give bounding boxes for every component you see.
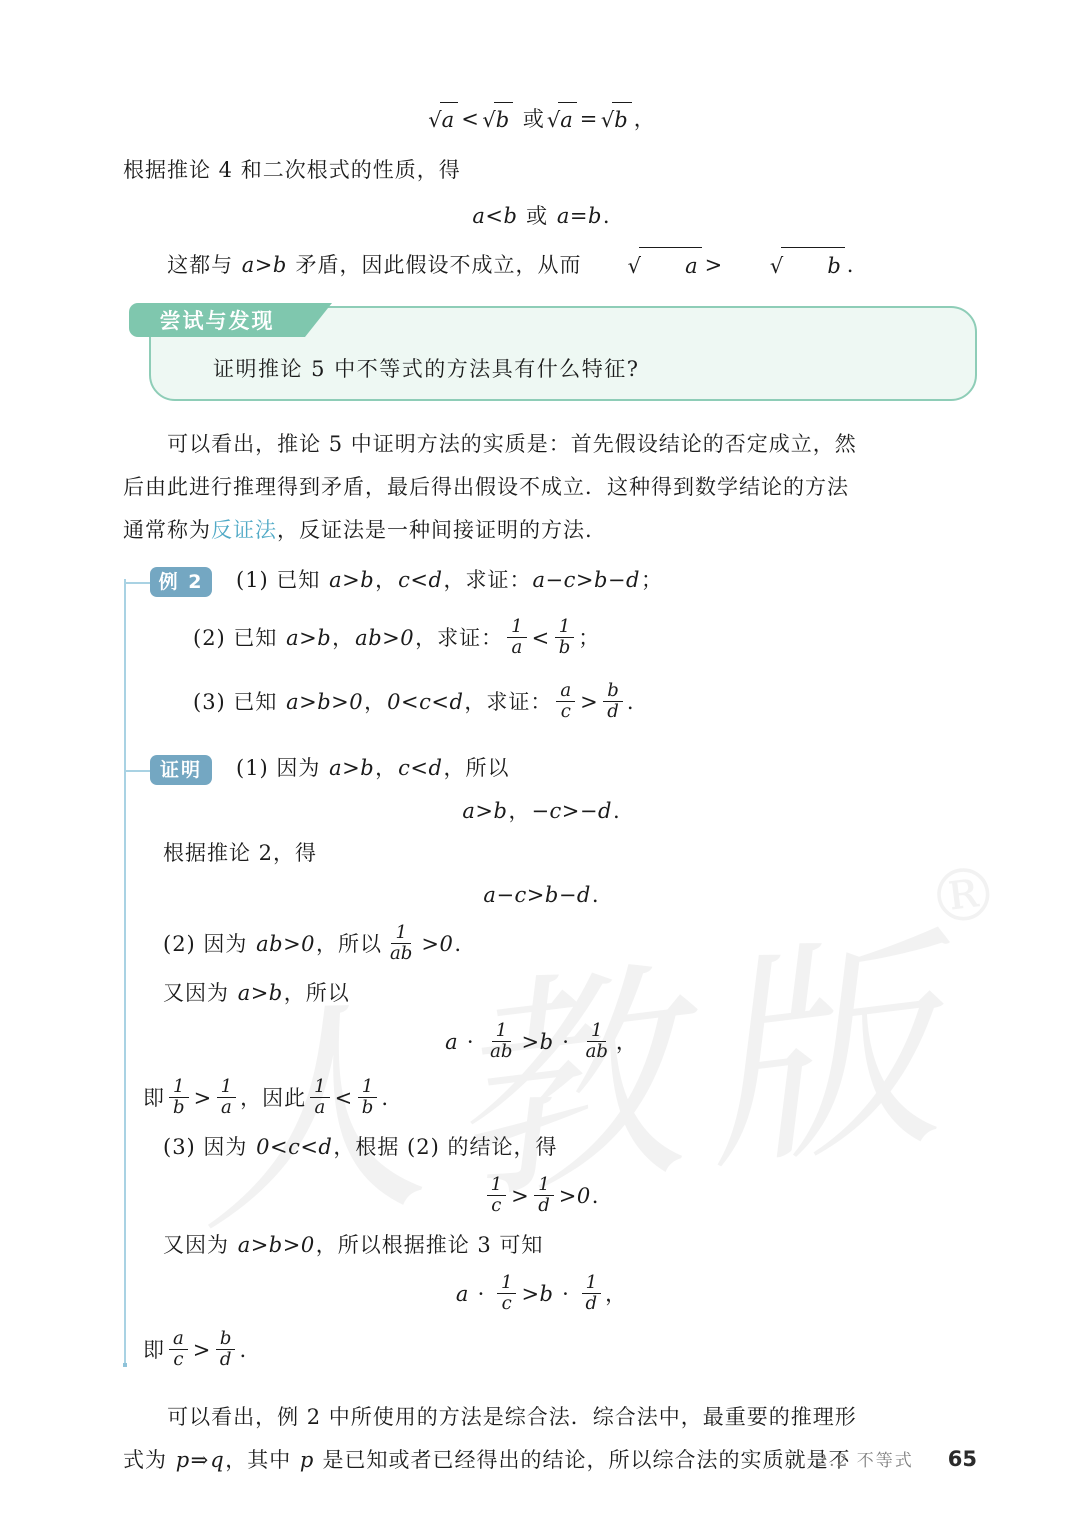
proof-step-3-given: (3) 因为 0<c<d，根据 (2) 的结论，得 — [123, 1130, 959, 1164]
try-discover-tab: 尝试与发现 — [129, 303, 305, 337]
example-proof-block: 例 2(1) 已知 a>b，c<d，求证：a−c>b−d； (2) 已知 a>b… — [123, 562, 959, 1374]
proof-formula-difference: a−c>b−d. — [123, 878, 959, 912]
proof-step-3-also: 又因为 a>b>0，所以根据推论 3 可知 — [123, 1228, 959, 1262]
proof-formula-reciprocal-cd: 1c>1d>0. — [123, 1172, 959, 1220]
textbook-page: 人教版® √a<√b 或√a=√b， 根据推论 4 和二次根式的性质，得 a<b… — [0, 0, 1080, 1526]
proof-step-1-given: (1) 因为 a>b，c<d，所以 — [236, 756, 509, 780]
example2-item-1: (1) 已知 a>b，c<d，求证：a−c>b−d； — [236, 568, 663, 592]
proof-formula-negated: a>b，−c>−d. — [123, 794, 959, 828]
try-discover-label: 尝试与发现 — [160, 305, 275, 335]
proof-step-2-also: 又因为 a>b，所以 — [123, 976, 959, 1010]
footer-page-number: 65 — [948, 1447, 977, 1471]
page-footer: 2.2 不等式 65 — [816, 1446, 977, 1471]
proof-step-3-conclusion: 即ac>bd. — [123, 1326, 959, 1374]
try-discover-box: 尝试与发现 证明推论 5 中不等式的方法具有什么特征? — [123, 303, 959, 401]
example2-first-row: 例 2(1) 已知 a>b，c<d，求证：a−c>b−d； — [123, 562, 959, 598]
proof-step-2-conclusion: 即1b>1a，因此1a<1b. — [123, 1074, 959, 1122]
page-content: √a<√b 或√a=√b， 根据推论 4 和二次根式的性质，得 a<b 或 a=… — [123, 102, 959, 1482]
example2-item-3: (3) 已知 a>b>0，0<c<d，求证：ac>bd. — [123, 678, 959, 726]
footer-section-label: 2.2 不等式 — [816, 1446, 913, 1471]
formula-sqrt-comparison: √a<√b 或√a=√b， — [123, 102, 959, 137]
proof-first-row: 证明(1) 因为 a>b，c<d，所以 — [123, 750, 959, 786]
proof-badge: 证明 — [150, 755, 212, 785]
proof-by-contradiction-paragraph: 可以看出，推论 5 中证明方法的实质是：首先假设结论的否定成立，然后由此进行推理… — [123, 423, 959, 552]
proof-step-corollary-2: 根据推论 2，得 — [123, 836, 959, 870]
proof-formula-multiply-cd: a · 1c>b · 1d， — [123, 1270, 959, 1318]
proof-step-2-given: (2) 因为 ab>0，所以1ab>0. — [123, 920, 959, 968]
formula-a-less-or-equal-b: a<b 或 a=b. — [123, 199, 959, 233]
example2-item-2: (2) 已知 a>b，ab>0，求证：1a<1b； — [123, 614, 959, 662]
try-discover-question: 证明推论 5 中不等式的方法具有什么特征? — [213, 353, 639, 383]
example2-badge: 例 2 — [150, 567, 212, 597]
contradiction-conclusion: 这都与 a>b 矛盾，因此假设不成立，从而√a>√b. — [123, 247, 959, 285]
basis-statement: 根据推论 4 和二次根式的性质，得 — [123, 153, 959, 187]
proof-formula-multiply-ab: a · 1ab>b · 1ab， — [123, 1018, 959, 1066]
